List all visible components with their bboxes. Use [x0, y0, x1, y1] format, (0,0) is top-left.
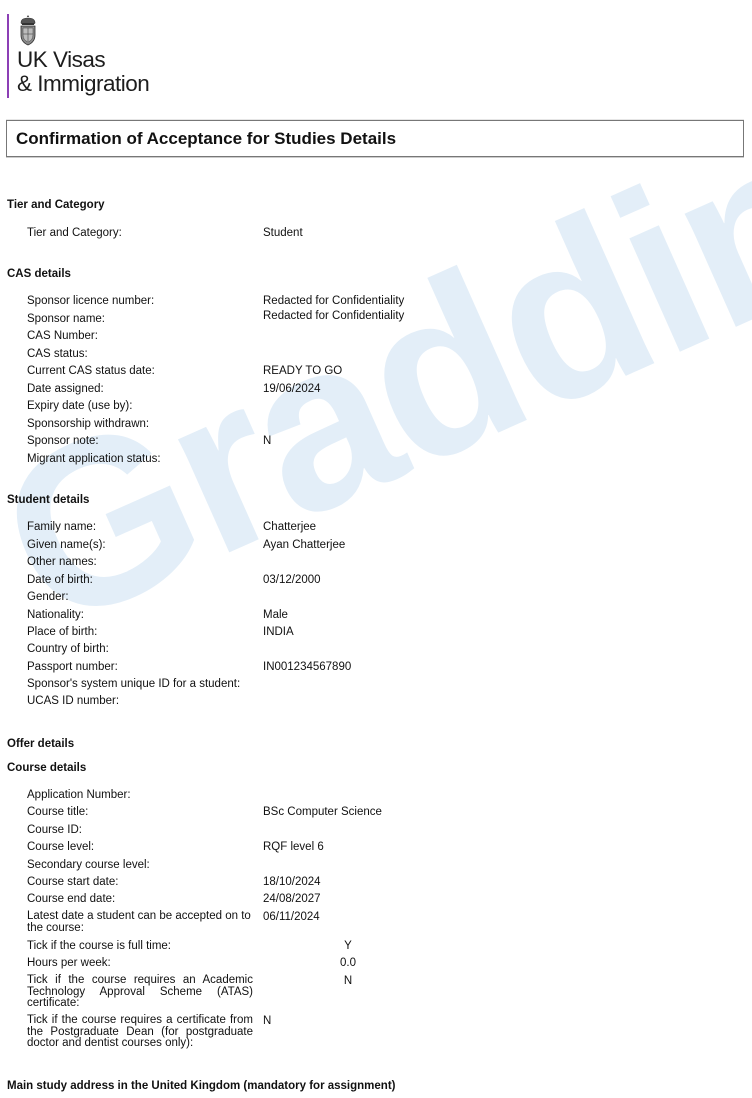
- field-value: N: [263, 435, 271, 448]
- field-label: Sponsor name:: [27, 313, 253, 326]
- section-heading-tier: Tier and Category: [7, 199, 105, 211]
- field-label: Course ID:: [27, 824, 253, 837]
- field-label: Tick if the course requires an Academic …: [27, 975, 253, 1010]
- field-label: CAS Number:: [27, 330, 253, 343]
- section-heading-cas: CAS details: [7, 268, 71, 280]
- field-value: 19/06/2024: [263, 383, 321, 396]
- field-label: Family name:: [27, 521, 253, 534]
- field-label: Secondary course level:: [27, 859, 253, 872]
- field-label: Tier and Category:: [27, 227, 253, 240]
- field-label: Country of birth:: [27, 643, 253, 656]
- field-value: Redacted for Confidentiality: [263, 295, 404, 308]
- section-heading-offer: Offer details: [7, 738, 74, 750]
- field-value: Male: [263, 609, 288, 622]
- field-label: Current CAS status date:: [27, 365, 253, 378]
- logo-text-line1: UK Visas: [17, 48, 149, 72]
- field-label: Expiry date (use by):: [27, 400, 253, 413]
- field-value: N: [333, 975, 363, 988]
- field-value: 0.0: [333, 957, 363, 970]
- logo-text-line2: & Immigration: [17, 72, 149, 96]
- field-value: 03/12/2000: [263, 574, 321, 587]
- field-label: Sponsor licence number:: [27, 295, 253, 308]
- field-label: Given name(s):: [27, 539, 253, 552]
- field-value: 24/08/2027: [263, 893, 321, 906]
- field-label: Date assigned:: [27, 383, 253, 396]
- field-value: BSc Computer Science: [263, 806, 382, 819]
- field-label: Hours per week:: [27, 957, 253, 970]
- field-label: Application Number:: [27, 789, 253, 802]
- field-value: READY TO GO: [263, 365, 342, 378]
- section-heading-course: Course details: [7, 762, 86, 774]
- field-label: Passport number:: [27, 661, 253, 674]
- field-value: IN001234567890: [263, 661, 351, 674]
- field-value: N: [263, 1015, 271, 1028]
- field-label: Place of birth:: [27, 626, 253, 639]
- field-value: 06/11/2024: [263, 911, 320, 924]
- field-value: 18/10/2024: [263, 876, 321, 889]
- field-label: CAS status:: [27, 348, 253, 361]
- section-heading-student: Student details: [7, 494, 89, 506]
- field-label: Course end date:: [27, 893, 253, 906]
- field-value: Student: [263, 227, 303, 240]
- uk-visas-logo: UK Visas & Immigration: [7, 14, 149, 98]
- field-label: Course level:: [27, 841, 253, 854]
- field-label: UCAS ID number:: [27, 695, 253, 708]
- field-value: INDIA: [263, 626, 294, 639]
- page-title: Confirmation of Acceptance for Studies D…: [7, 121, 743, 156]
- field-label: Course start date:: [27, 876, 253, 889]
- field-label: Tick if the course requires a certificat…: [27, 1015, 253, 1050]
- section-heading-main-study-address: Main study address in the United Kingdom…: [7, 1080, 395, 1092]
- field-label: Migrant application status:: [27, 453, 253, 466]
- field-value: Chatterjee: [263, 521, 316, 534]
- field-label: Other names:: [27, 556, 253, 569]
- field-value: Y: [333, 940, 363, 953]
- field-label: Course title:: [27, 806, 253, 819]
- field-label: Sponsor note:: [27, 435, 253, 448]
- field-label: Gender:: [27, 591, 253, 604]
- field-label: Sponsorship withdrawn:: [27, 418, 253, 431]
- field-label: Sponsor's system unique ID for a student…: [27, 678, 327, 691]
- field-value: RQF level 6: [263, 841, 324, 854]
- field-label: Tick if the course is full time:: [27, 940, 253, 953]
- field-value: Redacted for Confidentiality: [263, 310, 404, 323]
- field-label: Latest date a student can be accepted on…: [27, 911, 253, 934]
- field-label: Nationality:: [27, 609, 253, 622]
- field-value: Ayan Chatterjee: [263, 539, 345, 552]
- page-title-box: Confirmation of Acceptance for Studies D…: [6, 120, 744, 157]
- royal-crest-icon: [17, 14, 39, 46]
- field-label: Date of birth:: [27, 574, 253, 587]
